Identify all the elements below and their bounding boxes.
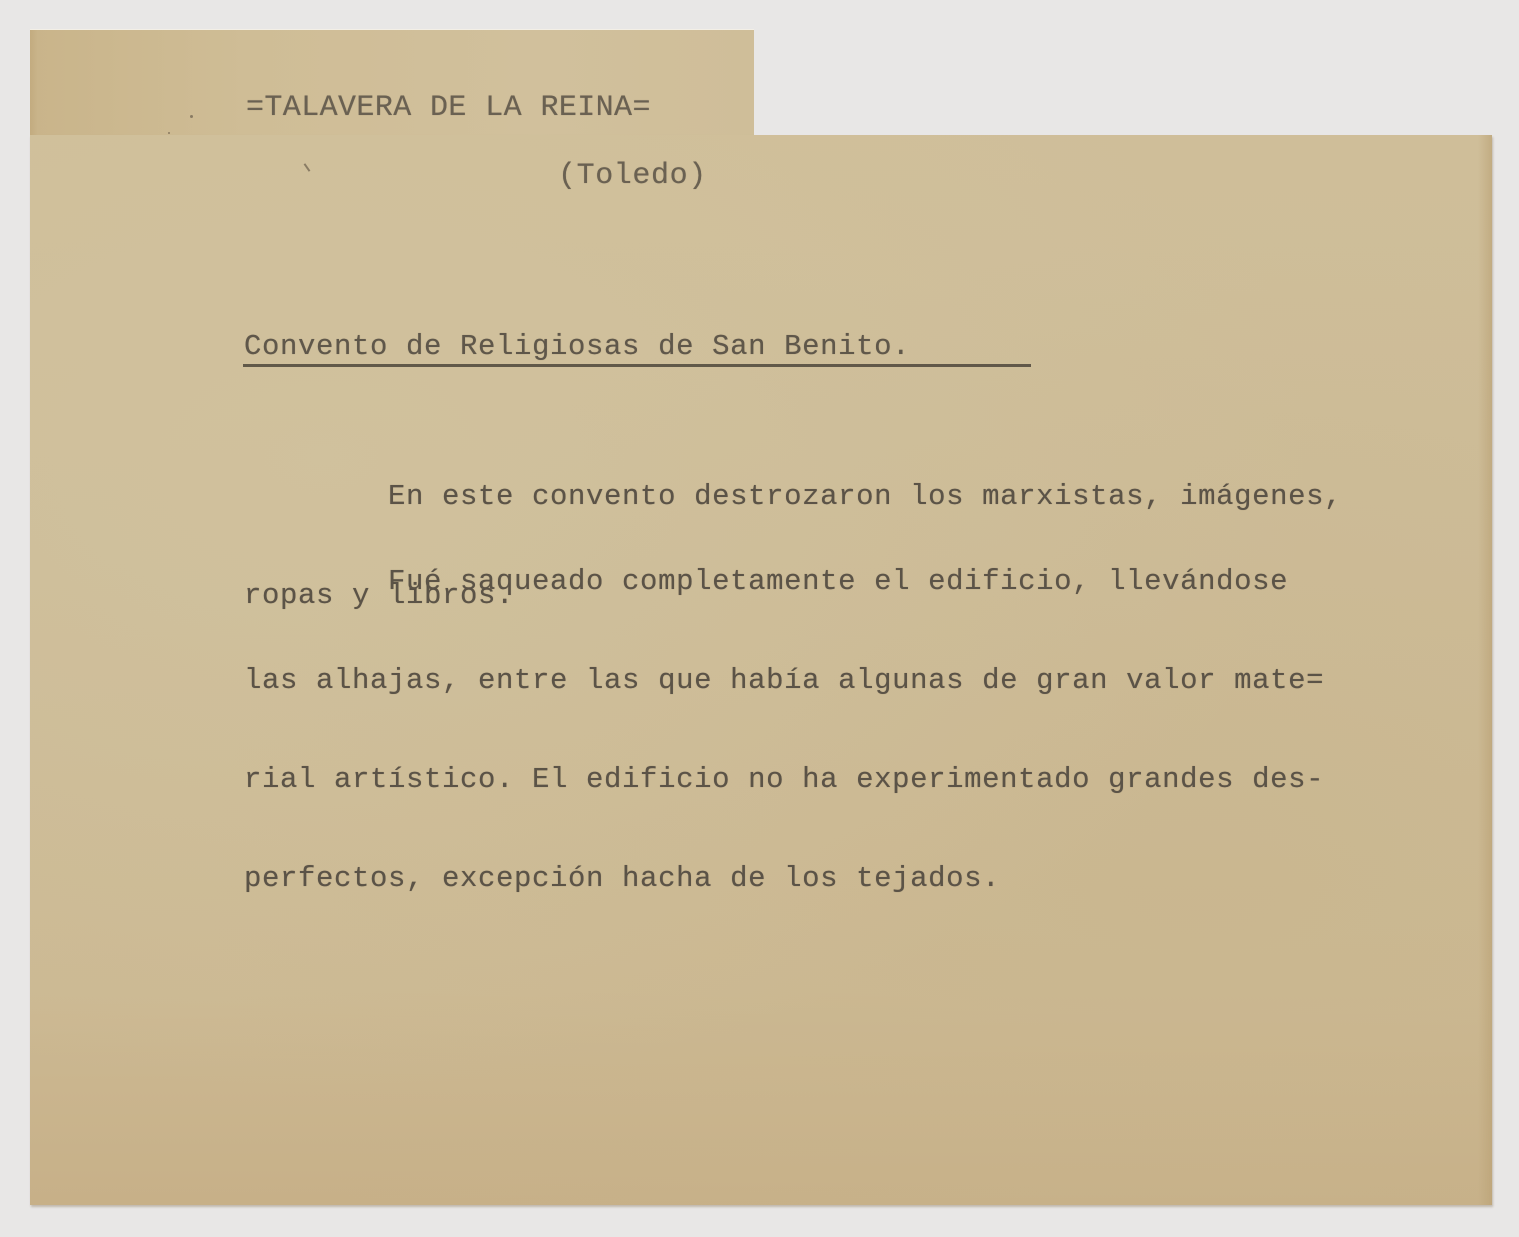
paragraph-2-line-2: las alhajas, entre las que había algunas… (244, 664, 1324, 697)
paragraph-2-line-1: Fué saqueado completamente el edificio, … (244, 565, 1324, 598)
paragraph-2: Fué saqueado completamente el edificio, … (244, 499, 1324, 961)
province-subheading: (Toledo) (558, 160, 707, 193)
ink-speck (168, 132, 170, 134)
place-heading: =TALAVERA DE LA REINA= (246, 92, 651, 125)
paragraph-2-line-4: perfectos, excepción hacha de los tejado… (244, 862, 1324, 895)
archival-index-card: =TALAVERA DE LA REINA= (Toledo) Convento… (0, 0, 1519, 1237)
ink-speck (190, 115, 193, 118)
paragraph-2-line-3: rial artístico. El edificio no ha experi… (244, 763, 1324, 796)
document-title: Convento de Religiosas de San Benito. (244, 330, 910, 363)
title-underline (243, 364, 1031, 367)
